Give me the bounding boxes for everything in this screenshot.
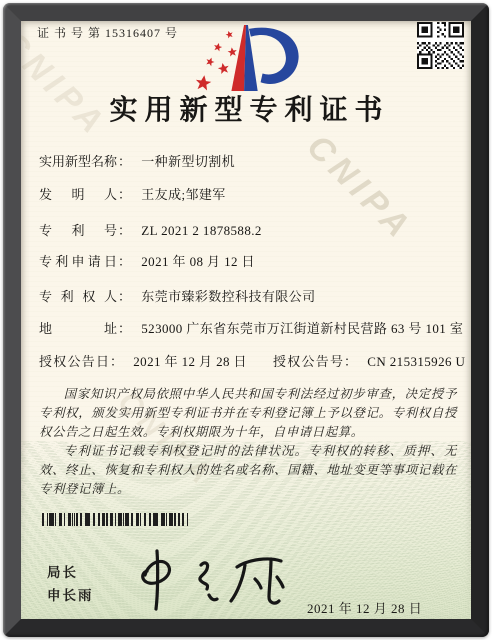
field-row-filing-date: 专利申请日： 2021 年 08 月 12 日 [39,251,255,270]
logo-stars [195,30,238,91]
field-row-patentee: 专利权人： 东莞市臻彩数控科技有限公司 [39,286,315,305]
field-value: ZL 2021 2 1878588.2 [141,223,262,238]
field-label: 实用新型名称 [39,151,117,170]
certificate-paper: CNIPA CNIPA CNIPA 证 书 号 第 15316407 号 [21,21,471,619]
field-value: 523000 广东省东莞市万江街道新村民营路 63 号 101 室 [141,321,463,336]
field-label: 地址 [39,318,117,337]
logo-blue-bowl [249,28,299,84]
qr-code [417,21,464,70]
field-row-address: 地址： 523000 广东省东莞市万江街道新村民营路 63 号 101 室 [39,318,463,337]
logo-red-wedge [231,25,246,91]
cnipa-logo [180,23,312,93]
certificate-number: 证 书 号 第 15316407 号 [37,24,178,41]
legal-paragraph-1: 国家知识产权局依照中华人民共和国专利法经过初步审查，决定授予专利权，颁发实用新型… [39,385,457,442]
director-title: 局长 [47,561,78,581]
director-signature [125,545,295,615]
director-name: 申长雨 [47,584,94,604]
field-value: 2021 年 12 月 28 日 [133,354,247,369]
certificate-title: 实用新型专利证书 [21,88,471,128]
field-label: 授权公告日 [39,351,109,370]
grant-number-pair: 授权公告号： CN 215315926 U [273,351,465,370]
barcode [42,513,188,526]
field-value: 东莞市臻彩数控科技有限公司 [141,289,315,304]
field-value: 一种新型切割机 [141,154,235,169]
field-label: 授权公告号 [273,351,343,370]
field-label: 专利申请日 [39,251,117,270]
field-label: 专利权人 [39,286,117,305]
legal-paragraph-2: 专利证书记载专利权登记时的法律状况。专利权的转移、质押、无效、终止、恢复和专利权… [39,442,457,499]
legal-text: 国家知识产权局依照中华人民共和国专利法经过初步审查，决定授予专利权，颁发实用新型… [39,385,457,499]
field-row-grant: 授权公告日： 2021 年 12 月 28 日 授权公告号： CN 215315… [39,351,247,370]
field-value: 王友成;邹建军 [141,187,225,202]
field-value: CN 215315926 U [367,354,465,369]
field-label: 发明人 [39,184,117,203]
field-row-name: 实用新型名称： 一种新型切割机 [39,151,235,170]
issue-date: 2021 年 12 月 28 日 [307,598,422,617]
field-value: 2021 年 08 月 12 日 [141,254,255,269]
field-row-patent-no: 专利号： ZL 2021 2 1878588.2 [39,220,262,239]
field-row-inventor: 发明人： 王友成;邹建军 [39,184,226,203]
field-label: 专利号 [39,220,117,239]
patent-certificate-page: CNIPA CNIPA CNIPA 证 书 号 第 15316407 号 [0,0,492,640]
